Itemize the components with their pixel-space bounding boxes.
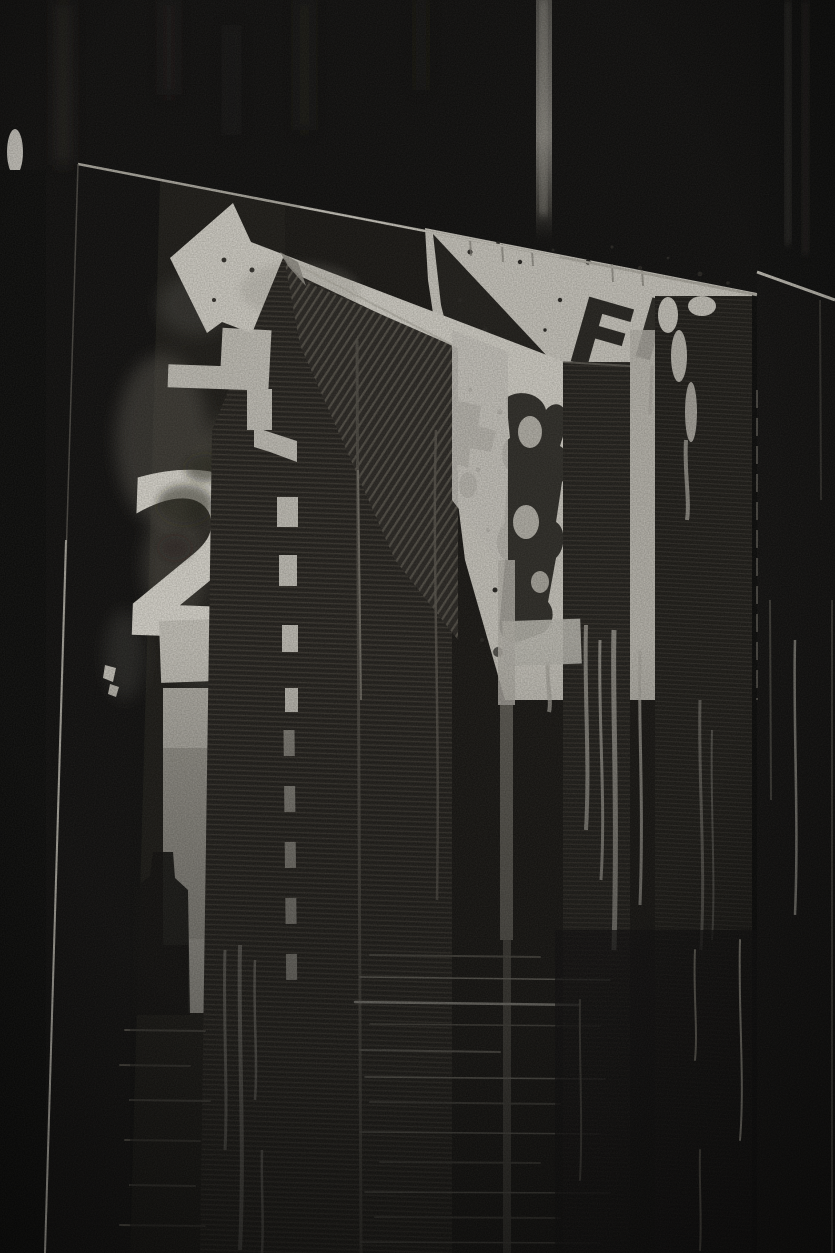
photo-canvas: 2 F N	[0, 0, 835, 1253]
vignette-overlay	[0, 0, 835, 1253]
photo-composition: 2 F N	[0, 0, 835, 1253]
